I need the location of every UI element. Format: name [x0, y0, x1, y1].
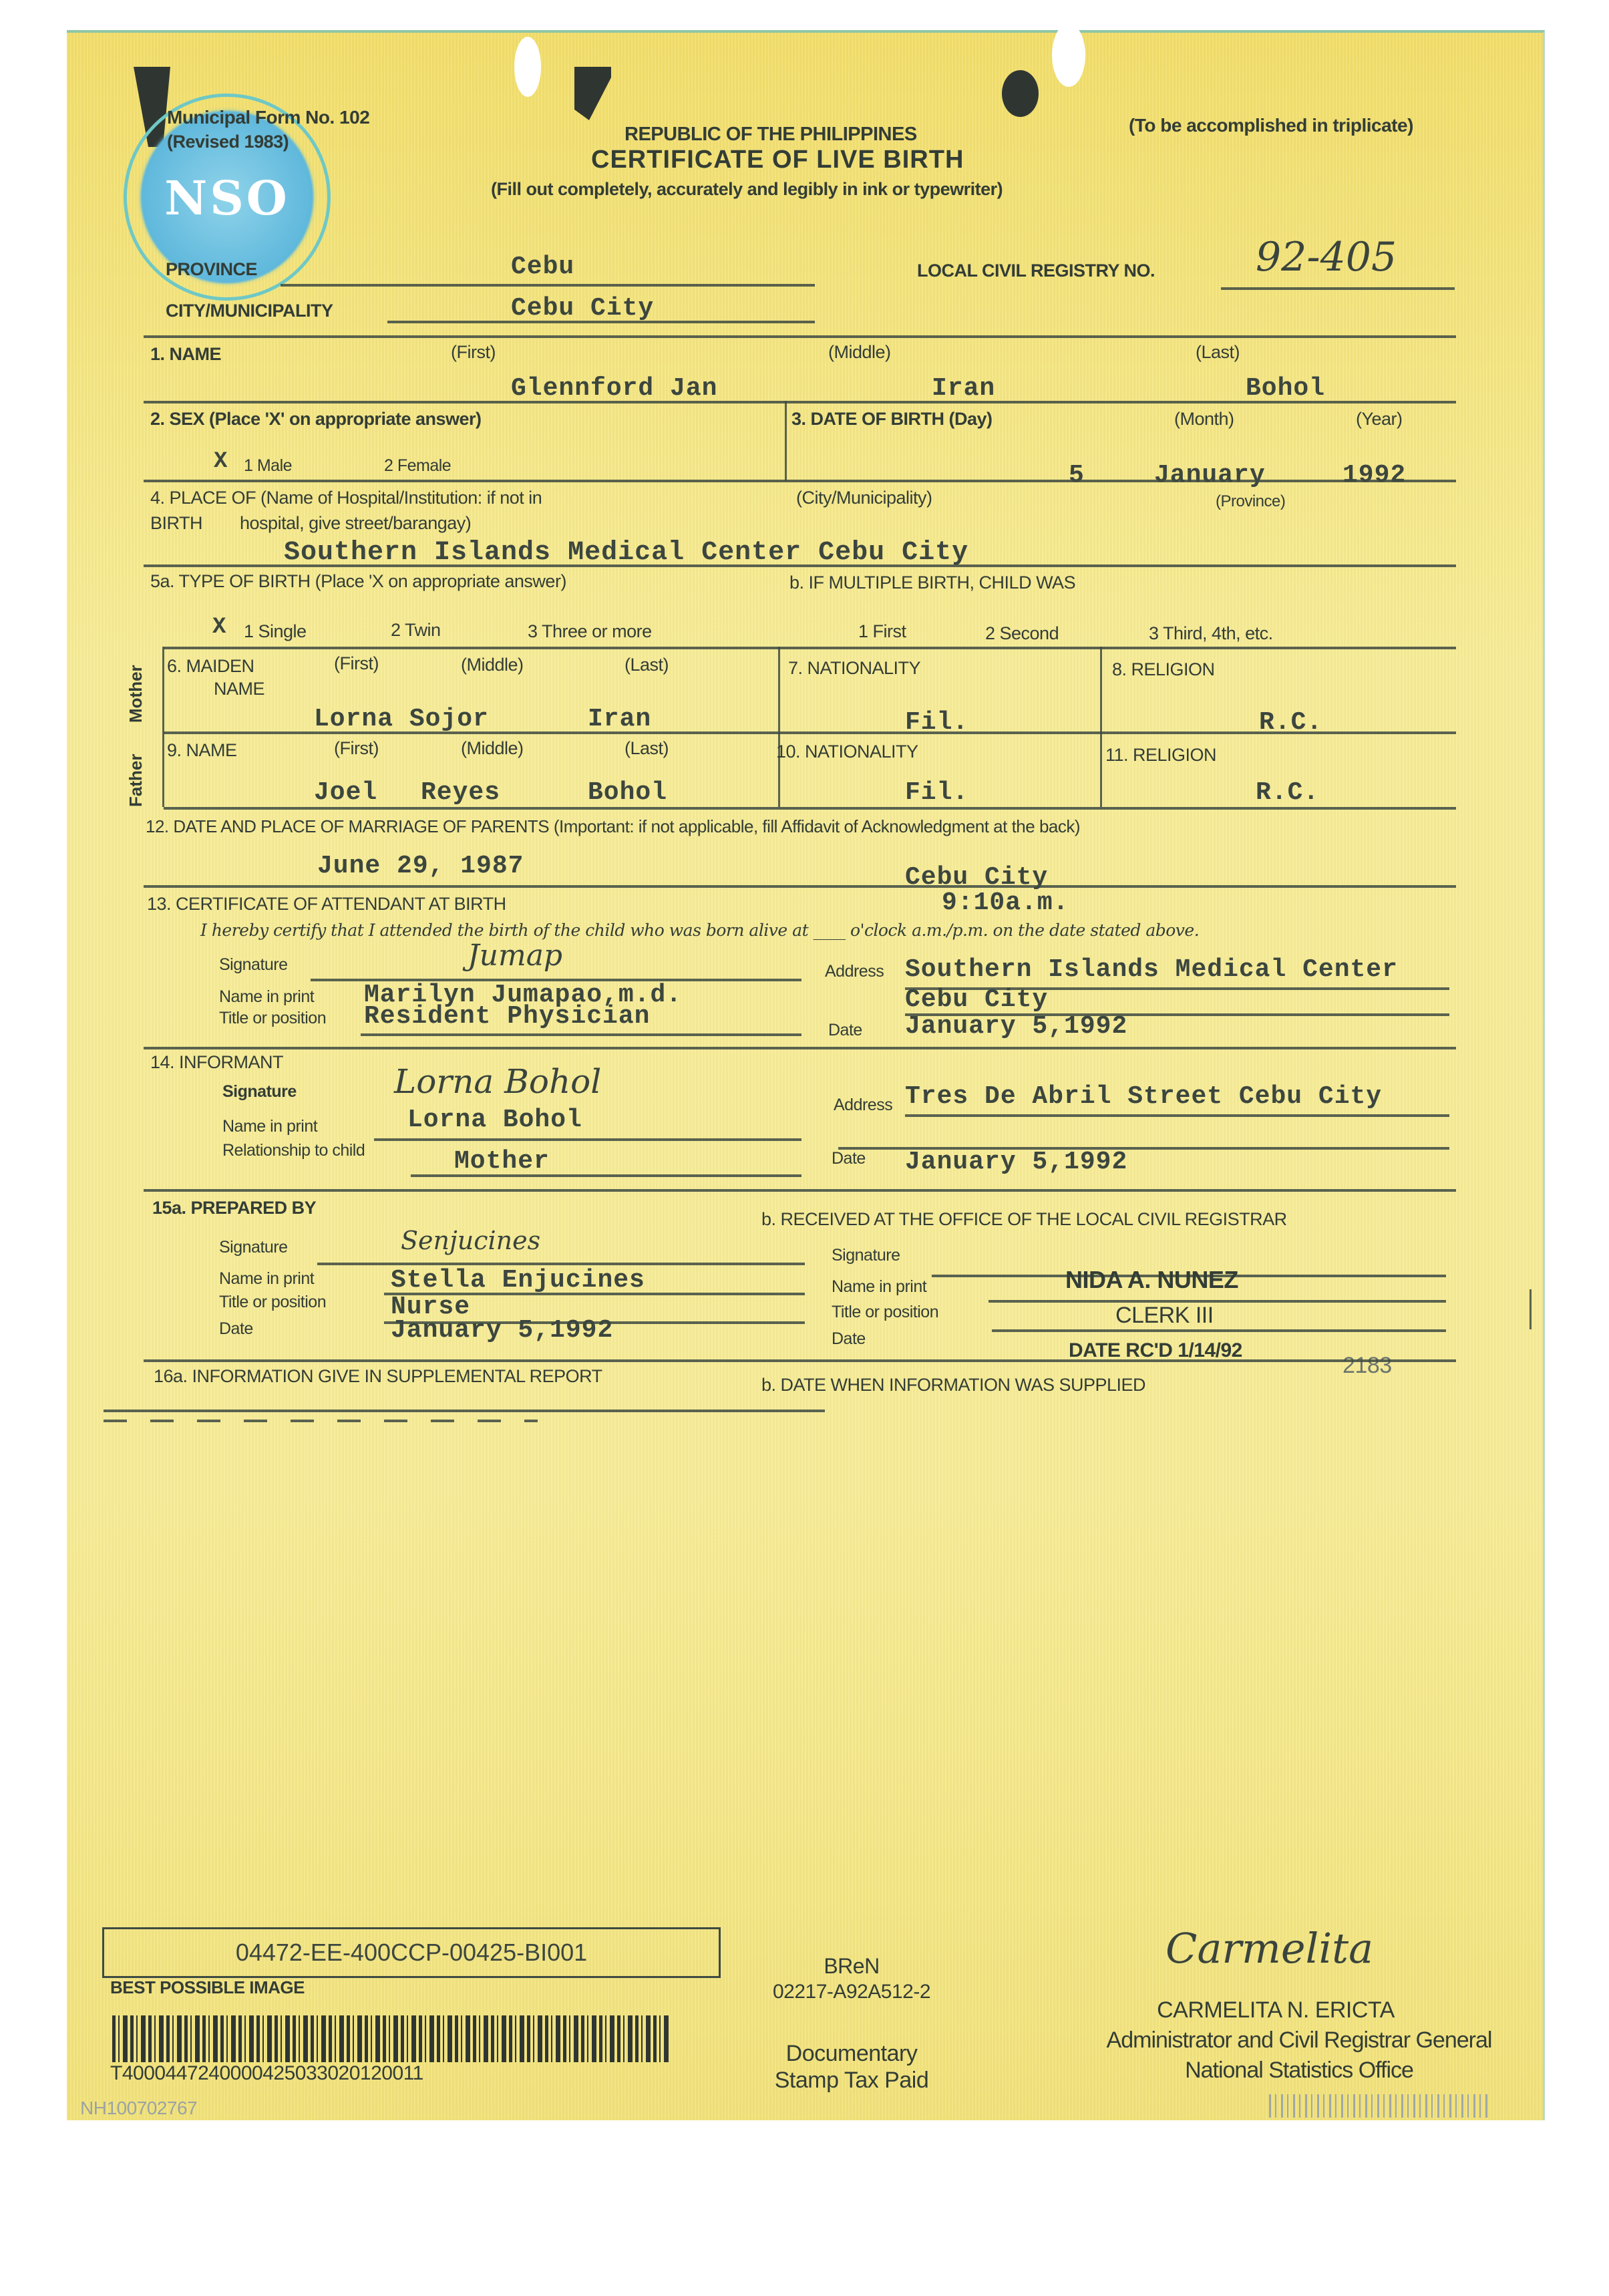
sex-male-option[interactable]: 1 Male	[244, 456, 292, 476]
triplicate-note: (To be accomplished in triplicate)	[1129, 115, 1413, 136]
attendant-address-line1: Southern Islands Medical Center	[905, 955, 1398, 984]
father-religion: R.C.	[1256, 778, 1319, 807]
mother-first-label: (First)	[334, 653, 379, 674]
address-underline	[905, 1114, 1449, 1117]
informant-address: Tres De Abril Street Cebu City	[905, 1082, 1382, 1111]
informant-name-label: Name in print	[222, 1117, 317, 1136]
child-first-name: Glennford Jan	[511, 374, 717, 403]
birth-type-label: 5a. TYPE OF BIRTH (Place 'X on appropria…	[150, 571, 566, 592]
document-title: CERTIFICATE OF LIVE BIRTH	[591, 146, 964, 174]
mother-nationality-label: 7. NATIONALITY	[788, 658, 920, 679]
registrar-name: CARMELITA N. ERICTA	[1089, 1997, 1463, 2023]
sex-mark[interactable]: X	[214, 449, 228, 474]
mother-label: 6. MAIDEN	[167, 656, 254, 677]
rule	[144, 1359, 1456, 1362]
father-middle-label: (Middle)	[461, 738, 524, 759]
city-underline	[387, 321, 815, 323]
rule	[164, 731, 1456, 734]
father-middle-name: Reyes	[421, 778, 500, 807]
serial-number: NH100702767	[80, 2098, 197, 2119]
supplemental-date-label: b. DATE WHEN INFORMATION WAS SUPPLIED	[761, 1375, 1145, 1396]
rule	[144, 480, 1456, 482]
received-extra: 2183	[1343, 1353, 1392, 1379]
informant-name: Lorna Bohol	[407, 1106, 582, 1134]
father-nationality-label: 10. NATIONALITY	[776, 742, 918, 762]
city-label: CITY/MUNICIPALITY	[166, 301, 333, 321]
received-name-label: Name in print	[832, 1277, 926, 1297]
rule	[144, 1189, 1456, 1192]
mother-middle-label: (Middle)	[461, 655, 524, 675]
received-title: CLERK III	[1115, 1303, 1214, 1329]
relationship-underline	[411, 1174, 801, 1177]
stamp-tax-line1: Documentary	[741, 2041, 962, 2067]
prepared-name: Stella Enjucines	[391, 1266, 645, 1295]
province-value: Cebu	[511, 253, 574, 281]
multiple-birth-label: b. IF MULTIPLE BIRTH, CHILD WAS	[789, 572, 1075, 593]
dob-year: 1992	[1343, 461, 1406, 490]
sex-female-option[interactable]: 2 Female	[384, 456, 451, 476]
informant-label: 14. INFORMANT	[150, 1052, 283, 1073]
birth-time: 9:10a.m.	[942, 888, 1069, 917]
name-underline	[989, 1300, 1446, 1303]
attendant-signature: Jumap	[468, 939, 562, 973]
birth-type-mark[interactable]: X	[212, 615, 226, 640]
informant-relationship-label: Relationship to child	[222, 1141, 365, 1160]
dob-year-label: (Year)	[1356, 409, 1403, 430]
multiple-second[interactable]: 2 Second	[985, 623, 1059, 644]
registrar-title: Administrator and Civil Registrar Genera…	[1069, 2027, 1530, 2054]
prepared-date-label: Date	[219, 1319, 253, 1339]
marriage-label: 12. DATE AND PLACE OF MARRIAGE OF PARENT…	[146, 816, 1080, 837]
edge-mark	[1530, 1289, 1532, 1329]
ink-mark-round	[1002, 70, 1039, 117]
barcode-text: T4000447240000425033020120011	[110, 2062, 423, 2085]
attendant-name-label: Name in print	[219, 987, 314, 1007]
pob-value: Southern Islands Medical Center Cebu Cit…	[284, 538, 968, 568]
informant-address-label: Address	[834, 1096, 892, 1115]
rule	[164, 807, 1456, 810]
divider	[778, 647, 780, 807]
registrar-signature: Carmelita	[1166, 1924, 1373, 1973]
republic-heading: REPUBLIC OF THE PHILIPPINES	[624, 124, 917, 146]
divider	[1100, 647, 1102, 807]
informant-signature-label: Signature	[222, 1082, 297, 1102]
attendant-signature-label: Signature	[219, 955, 288, 975]
dob-label: 3. DATE OF BIRTH (Day)	[791, 409, 993, 430]
received-label: b. RECEIVED AT THE OFFICE OF THE LOCAL C…	[761, 1209, 1287, 1230]
prepared-label: 15a. PREPARED BY	[152, 1198, 316, 1218]
mother-last-label: (Last)	[624, 655, 669, 675]
birth-type-single[interactable]: 1 Single	[244, 621, 307, 642]
rule	[144, 564, 1456, 567]
rule	[144, 1047, 1456, 1049]
parents-left-border	[162, 647, 164, 807]
rule	[144, 401, 1456, 403]
pob-label-2: BIRTH hospital, give street/barangay)	[150, 513, 471, 534]
registry-label: LOCAL CIVIL REGISTRY NO.	[917, 261, 1155, 281]
informant-date: January 5,1992	[905, 1148, 1127, 1176]
reference-code: 04472-EE-400CCP-00425-BI001	[102, 1927, 721, 1978]
city-value: Cebu City	[511, 294, 654, 323]
title-underline	[361, 1033, 801, 1036]
registrar-office: National Statistics Office	[1089, 2058, 1509, 2084]
mother-label-2: NAME	[214, 679, 264, 699]
child-middle-label: (Middle)	[828, 342, 891, 363]
rule	[144, 885, 1456, 888]
province-underline	[281, 284, 815, 287]
form-revised: (Revised 1983)	[167, 132, 289, 152]
punch-hole-left	[514, 37, 541, 97]
attendant-label: 13. CERTIFICATE OF ATTENDANT AT BIRTH	[147, 894, 506, 915]
dashed-rule	[104, 1420, 538, 1422]
punch-hole-right	[1052, 23, 1085, 87]
father-last-label: (Last)	[624, 738, 669, 759]
informant-date-label: Date	[832, 1149, 866, 1168]
attendant-certify-text: I hereby certify that I attended the bir…	[200, 921, 1199, 940]
bren-code: 02217-A92A512-2	[741, 1981, 962, 2003]
certificate-sheet	[67, 30, 1545, 2120]
child-name-label: 1. NAME	[150, 344, 221, 365]
fill-instructions: (Fill out completely, accurately and leg…	[491, 179, 1003, 200]
title-underline	[992, 1329, 1446, 1332]
dob-month-label: (Month)	[1174, 409, 1234, 430]
prepared-title-label: Title or position	[219, 1293, 326, 1312]
seal-logo-text: NSO	[127, 170, 327, 226]
received-signature-label: Signature	[832, 1246, 900, 1265]
attendant-date: January 5,1992	[905, 1012, 1127, 1041]
received-title-label: Title or position	[832, 1303, 938, 1322]
multiple-third[interactable]: 3 Third, 4th, etc.	[1149, 623, 1273, 644]
form-number: Municipal Form No. 102	[167, 107, 369, 128]
father-label: 9. NAME	[167, 740, 237, 761]
province-label: PROVINCE	[166, 259, 257, 280]
child-last-label: (Last)	[1196, 342, 1240, 363]
barcode	[112, 2015, 670, 2062]
mother-name: Lorna Sojor	[314, 705, 489, 733]
best-image-label: BEST POSSIBLE IMAGE	[110, 1977, 305, 1998]
prepared-signature-label: Signature	[219, 1238, 288, 1257]
attendant-title-label: Title or position	[219, 1009, 326, 1028]
received-date: DATE RC'D 1/14/92	[1069, 1339, 1242, 1362]
name-underline	[374, 1138, 801, 1141]
bren-label: BReN	[761, 1954, 942, 1979]
prepared-date: January 5,1992	[391, 1316, 613, 1345]
birth-type-three[interactable]: 3 Three or more	[528, 621, 652, 642]
multiple-first[interactable]: 1 First	[858, 621, 906, 642]
received-name: NIDA A. NUNEZ	[1065, 1266, 1238, 1294]
child-middle-name: Iran	[932, 374, 995, 403]
security-barcode	[1269, 2094, 1489, 2118]
attendant-address-line2: Cebu City	[905, 985, 1048, 1014]
registry-underline	[1221, 287, 1455, 290]
divider	[785, 401, 787, 481]
informant-relationship: Mother	[454, 1147, 550, 1176]
attendant-date-label: Date	[828, 1021, 862, 1040]
child-last-name: Bohol	[1246, 374, 1325, 403]
sex-label: 2. SEX (Place 'X' on appropriate answer)	[150, 409, 482, 430]
prepared-signature: Senjucines	[401, 1226, 540, 1255]
pob-city-label: (City/Municipality)	[796, 488, 932, 508]
marriage-date: June 29, 1987	[317, 852, 524, 880]
prepared-name-label: Name in print	[219, 1269, 314, 1289]
father-nationality: Fil.	[905, 778, 968, 807]
dob-day: 5	[1069, 461, 1085, 490]
signature-underline	[317, 1263, 805, 1265]
child-first-label: (First)	[451, 342, 496, 363]
rule	[144, 335, 1456, 338]
attendant-title: Resident Physician	[364, 1002, 650, 1031]
received-date-label: Date	[832, 1329, 866, 1349]
attendant-address-label: Address	[825, 962, 884, 981]
birth-type-twin[interactable]: 2 Twin	[391, 620, 441, 641]
rule	[104, 1410, 825, 1412]
mother-side-label: Mother	[126, 665, 146, 723]
mother-last-name: Iran	[588, 705, 651, 733]
father-first-label: (First)	[334, 738, 379, 759]
informant-signature: Lorna Bohol	[394, 1062, 601, 1101]
registry-value: 92-405	[1256, 234, 1397, 281]
father-side-label: Father	[126, 754, 146, 807]
dob-month: January	[1154, 461, 1266, 490]
stamp-tax-line2: Stamp Tax Paid	[741, 2068, 962, 2094]
father-first-name: Joel	[314, 778, 377, 807]
father-religion-label: 11. RELIGION	[1105, 745, 1216, 766]
pob-province-label: (Province)	[1216, 492, 1285, 511]
father-last-name: Bohol	[588, 778, 667, 807]
mother-religion-label: 8. RELIGION	[1112, 659, 1215, 680]
pob-label-1: 4. PLACE OF (Name of Hospital/Institutio…	[150, 488, 542, 508]
supplemental-label: 16a. INFORMATION GIVE IN SUPPLEMENTAL RE…	[154, 1366, 602, 1387]
rule	[164, 647, 1456, 649]
